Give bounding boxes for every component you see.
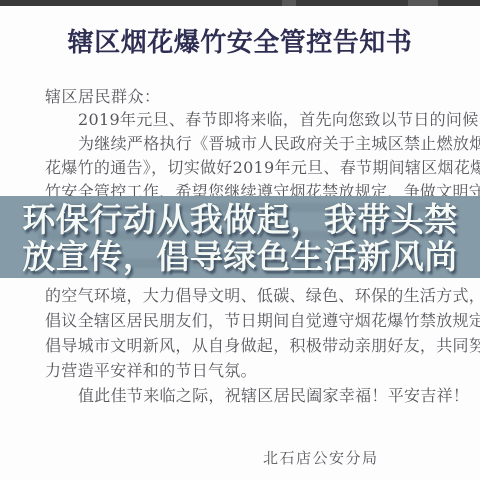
document-text-line: 为继续严格执行《晋城市人民政府关于主城区禁止燃放烟: [45, 132, 470, 156]
document-text-line: 的空气环境，大力倡导文明、低碳、绿色、环保的生活方式，: [45, 283, 470, 308]
banner-caption-line-1: 环保行动从我做起，我带头禁: [0, 201, 480, 238]
document-text-line: 倡导城市文明新风，从自身做起，积极带动亲朋好友，共同努: [45, 333, 470, 358]
salutation: 辖区居民群众：: [45, 84, 161, 107]
document-text-line: 2019年元旦、春节即将来临，首先向您致以节日的问候！: [45, 108, 470, 132]
document-text-line: 花爆竹的通告》，切实做好2019年元旦、春节期间辖区烟花爆: [45, 156, 470, 180]
body-paragraphs-bottom: 的空气环境，大力倡导文明、低碳、绿色、环保的生活方式， 倡议全辖区居民朋友们，节…: [45, 283, 470, 408]
top-bar-segment: [408, 0, 438, 6]
body-paragraphs-top: 2019年元旦、春节即将来临，首先向您致以节日的问候！ 为继续严格执行《晋城市人…: [45, 108, 470, 204]
document-text-line: 倡议全辖区居民朋友们，节日期间自觉遵守烟花爆竹禁放规定，: [45, 308, 470, 333]
document-text-line: 值此佳节来临之际，祝辖区居民阖家幸福！平安吉祥！: [45, 383, 470, 408]
top-bar: [0, 0, 480, 6]
notice-document-page: 辖区烟花爆竹安全管控告知书 辖区居民群众： 2019年元旦、春节即将来临，首先向…: [0, 0, 480, 480]
document-text-line: 力营造平安祥和的节日气氛。: [45, 358, 470, 383]
document-title: 辖区烟花爆竹安全管控告知书: [0, 22, 480, 59]
top-bar-segment: [282, 0, 296, 6]
issuing-authority-signature: 北石店公安分局: [263, 447, 379, 468]
overlay-caption-banner: 环保行动从我做起，我带头禁 放宣传，倡导绿色生活新风尚: [0, 196, 480, 278]
banner-caption-line-2: 放宣传，倡导绿色生活新风尚: [0, 238, 480, 275]
